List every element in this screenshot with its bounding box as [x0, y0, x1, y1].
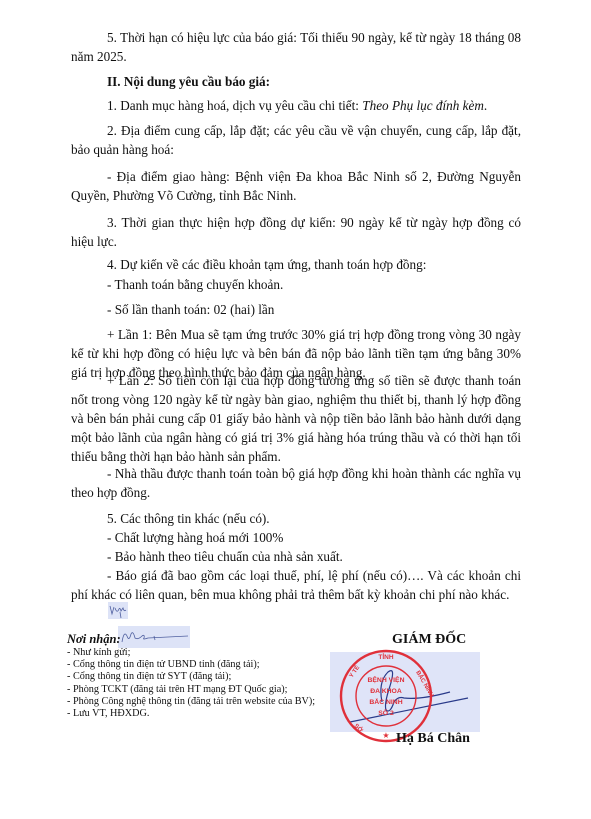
recipient-item: - Cổng thông tin điện tử SYT (đăng tải);: [67, 671, 315, 683]
item-2: 2. Địa điểm cung cấp, lắp đặt; các yêu c…: [71, 121, 521, 159]
item-2-delivery: - Địa điểm giao hàng: Bệnh viện Đa khoa …: [71, 167, 521, 205]
signer-name: Hạ Bá Chân: [396, 731, 470, 747]
recipients-block: Nơi nhận: - Như kính gửi; - Cổng thông t…: [67, 632, 315, 720]
item-4-second-payment: + Lần 2: Số tiền còn lại của hợp đồng tư…: [71, 371, 521, 466]
item-5: 5. Các thông tin khác (nếu có).: [71, 509, 521, 528]
initial-signature: [108, 602, 128, 619]
item-1-appendix: Theo Phụ lục đính kèm: [362, 98, 484, 113]
svg-text:ĐA KHOA: ĐA KHOA: [370, 688, 402, 695]
svg-text:TỈNH: TỈNH: [378, 652, 393, 661]
item-1-prefix: 1. Danh mục hàng hoá, dịch vụ yêu cầu ch…: [107, 98, 362, 113]
document-page: 5. Thời hạn có hiệu lực của báo giá: Tối…: [0, 0, 591, 819]
svg-text:SỞ: SỞ: [353, 722, 365, 734]
recipient-item: - Lưu VT, HĐXDG.: [67, 708, 315, 720]
recipients-title: Nơi nhận:: [67, 632, 315, 647]
item-4-transfer: - Thanh toán bằng chuyển khoản.: [71, 275, 521, 294]
item-4-count: - Số lần thanh toán: 02 (hai) lần: [71, 300, 521, 319]
recipient-item: - Cổng thông tin điện tử UBND tỉnh (đăng…: [67, 659, 315, 671]
svg-text:BỆNH VIỆN: BỆNH VIỆN: [367, 675, 404, 684]
item-3: 3. Thời gian thực hiện hợp đồng dự kiến:…: [71, 213, 521, 251]
svg-text:SỐ 2: SỐ 2: [378, 707, 394, 717]
item-5-fees: - Báo giá đã bao gồm các loại thuế, phí,…: [71, 566, 521, 604]
item-5-quality: - Chất lượng hàng hoá mới 100%: [71, 528, 521, 547]
svg-text:Y TẾ: Y TẾ: [348, 664, 361, 679]
item-5-warranty: - Bảo hành theo tiêu chuẩn của nhà sản x…: [71, 547, 521, 566]
section-ii-heading: II. Nội dung yêu cầu báo giá:: [71, 72, 521, 91]
hospital-stamp-icon: TỈNH Y TẾ BẮC NINH SỞ BỆNH VIỆN ĐA KHOA …: [338, 648, 434, 744]
validity-period: 5. Thời hạn có hiệu lực của báo giá: Tối…: [71, 28, 521, 66]
recipient-item: - Như kính gửi;: [67, 647, 315, 659]
svg-text:★: ★: [382, 731, 389, 740]
recipient-item: - Phòng Công nghệ thông tin (đăng tải tr…: [67, 696, 315, 708]
item-4-full-payment: - Nhà thầu được thanh toán toàn bộ giá h…: [71, 464, 521, 502]
item-1-suffix: .: [484, 98, 487, 113]
svg-text:BẮC NINH: BẮC NINH: [369, 697, 402, 706]
item-1: 1. Danh mục hàng hoá, dịch vụ yêu cầu ch…: [71, 96, 521, 115]
signer-position: GIÁM ĐỐC: [392, 632, 466, 648]
item-4: 4. Dự kiến về các điều khoản tạm ứng, th…: [71, 255, 521, 274]
recipient-item: - Phòng TCKT (đăng tải trên HT mạng ĐT Q…: [67, 684, 315, 696]
